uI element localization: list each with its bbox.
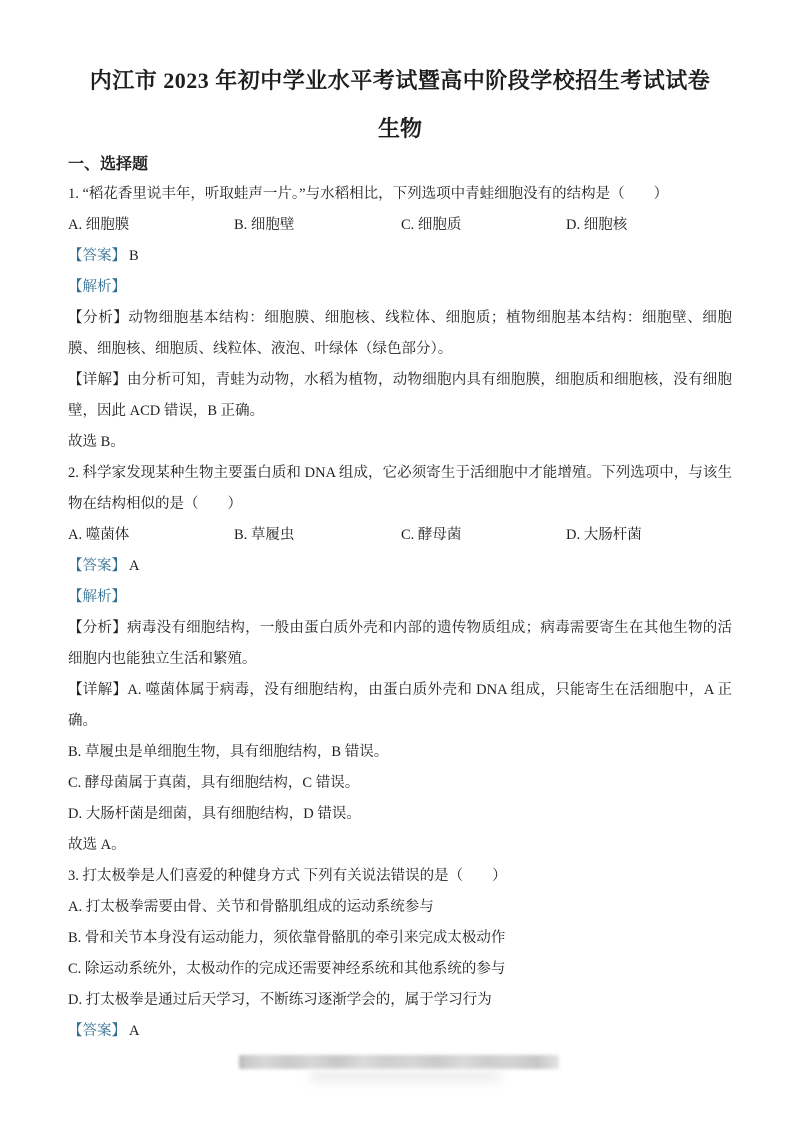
options-row: A. 噬菌体 B. 草履虫 C. 酵母菌 D. 大肠杆菌 [68, 520, 732, 551]
option-d: D. 细胞核 [566, 210, 732, 241]
explanation-paragraph: 故选 B。 [68, 427, 732, 458]
question-stem: 3. 打太极拳是人们喜爱的种健身方式 下列有关说法错误的是（ ） [68, 861, 732, 892]
page-title: 内江市 2023 年初中学业水平考试暨高中阶段学校招生考试试卷 [68, 67, 732, 95]
answer-value: B [129, 248, 139, 264]
option-d: D. 大肠杆菌 [566, 520, 732, 551]
explanation-paragraph: 故选 A。 [68, 830, 732, 861]
answer-value: A [129, 1023, 139, 1039]
explanation-paragraph: D. 大肠杆菌是细菌，具有细胞结构，D 错误。 [68, 799, 732, 830]
option-c: C. 细胞质 [401, 210, 566, 241]
page-subtitle: 生物 [68, 115, 732, 143]
exam-document-page: 内江市 2023 年初中学业水平考试暨高中阶段学校招生考试试卷 生物 一、选择题… [0, 0, 793, 1122]
option-a: A. 噬菌体 [68, 520, 234, 551]
explain-label: 【解析】 [68, 589, 126, 605]
option-a: A. 打太极拳需要由骨、关节和骨骼肌组成的运动系统参与 [68, 892, 732, 923]
options-row: A. 细胞膜 B. 细胞壁 C. 细胞质 D. 细胞核 [68, 210, 732, 241]
answer-label: 【答案】 [68, 1023, 126, 1039]
explanation-paragraph: C. 酵母菌属于真菌，具有细胞结构，C 错误。 [68, 768, 732, 799]
watermark-blur-echo [310, 1071, 500, 1082]
answer-label: 【答案】 [68, 558, 126, 574]
section-heading: 一、选择题 [68, 151, 732, 179]
explain-label-line: 【解析】 [68, 582, 732, 613]
answer-line: 【答案】A [68, 1016, 732, 1047]
explain-label-line: 【解析】 [68, 272, 732, 303]
option-a: A. 细胞膜 [68, 210, 234, 241]
option-c: C. 酵母菌 [401, 520, 566, 551]
answer-line: 【答案】A [68, 551, 732, 582]
explanation-paragraph: 【详解】A. 噬菌体属于病毒，没有细胞结构，由蛋白质外壳和 DNA 组成，只能寄… [68, 675, 732, 737]
explanation-paragraph: 【分析】动物细胞基本结构：细胞膜、细胞核、线粒体、细胞质；植物细胞基本结构：细胞… [68, 303, 732, 365]
question-stem: 2. 科学家发现某种生物主要蛋白质和 DNA 组成，它必须寄生于活细胞中才能增殖… [68, 458, 732, 520]
question-1: 1. “稻花香里说丰年，听取蛙声一片。”与水稻相比，下列选项中青蛙细胞没有的结构… [68, 179, 732, 458]
question-2: 2. 科学家发现某种生物主要蛋白质和 DNA 组成，它必须寄生于活细胞中才能增殖… [68, 458, 732, 861]
question-3: 3. 打太极拳是人们喜爱的种健身方式 下列有关说法错误的是（ ） A. 打太极拳… [68, 861, 732, 1047]
answer-line: 【答案】B [68, 241, 732, 272]
option-d: D. 打太极拳是通过后天学习，不断练习逐渐学会的，属于学习行为 [68, 985, 732, 1016]
answer-value: A [129, 558, 139, 574]
explanation-paragraph: 【详解】由分析可知，青蛙为动物，水稻为植物，动物细胞内具有细胞膜，细胞质和细胞核… [68, 365, 732, 427]
option-b: B. 草履虫 [234, 520, 401, 551]
explain-label: 【解析】 [68, 279, 126, 295]
explanation-paragraph: 【分析】病毒没有细胞结构，一般由蛋白质外壳和内部的遗传物质组成；病毒需要寄生在其… [68, 613, 732, 675]
option-b: B. 细胞壁 [234, 210, 401, 241]
question-stem: 1. “稻花香里说丰年，听取蛙声一片。”与水稻相比，下列选项中青蛙细胞没有的结构… [68, 179, 732, 210]
document-content: 内江市 2023 年初中学业水平考试暨高中阶段学校招生考试试卷 生物 一、选择题… [0, 0, 793, 1047]
option-b: B. 骨和关节本身没有运动能力，须依靠骨骼肌的牵引来完成太极动作 [68, 923, 732, 954]
option-c: C. 除运动系统外，太极动作的完成还需要神经系统和其他系统的参与 [68, 954, 732, 985]
answer-label: 【答案】 [68, 248, 126, 264]
watermark-blur [239, 1055, 559, 1069]
explanation-paragraph: B. 草履虫是单细胞生物，具有细胞结构，B 错误。 [68, 737, 732, 768]
